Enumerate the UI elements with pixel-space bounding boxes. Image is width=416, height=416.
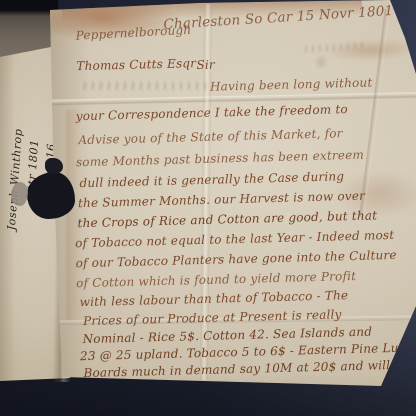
handwriting-line: of our Tobacco Planters have gone into t… (75, 248, 396, 270)
handwriting-line: your Correspondence I take the freedom t… (76, 102, 348, 123)
handwriting-line: Having been long without (210, 75, 373, 93)
letter-photograph: Joseph Winthrop Lttr 1801 Nov 16 Peppern… (0, 0, 416, 416)
handwriting-line: of Tobacco not equal to the last Year - … (75, 228, 395, 250)
tear-hole (27, 172, 75, 219)
handwriting-line: some Months past business has been extre… (76, 148, 364, 170)
handwriting-line: with less labour than that of Tobacco - … (79, 288, 348, 309)
salutation-title: Sir (196, 58, 215, 72)
handwriting-line: Prices of our Produce at Present is real… (83, 307, 342, 328)
handwriting-line: the Crops of Rice and Cotton are good, b… (77, 208, 377, 230)
addressee: Thomas Cutts Esqr (76, 56, 196, 73)
dateline: Charleston So Car 15 Novr 1801 (163, 3, 394, 33)
handwriting-line: the Summer Months. our Harvest is now ov… (78, 189, 365, 211)
handwriting-line: Advise you of the State of this Market, … (78, 126, 343, 147)
handwriting-line: of Cotton which is found to yield more P… (76, 269, 356, 290)
handwriting-line: dull indeed it is generally the Case dur… (79, 169, 344, 190)
